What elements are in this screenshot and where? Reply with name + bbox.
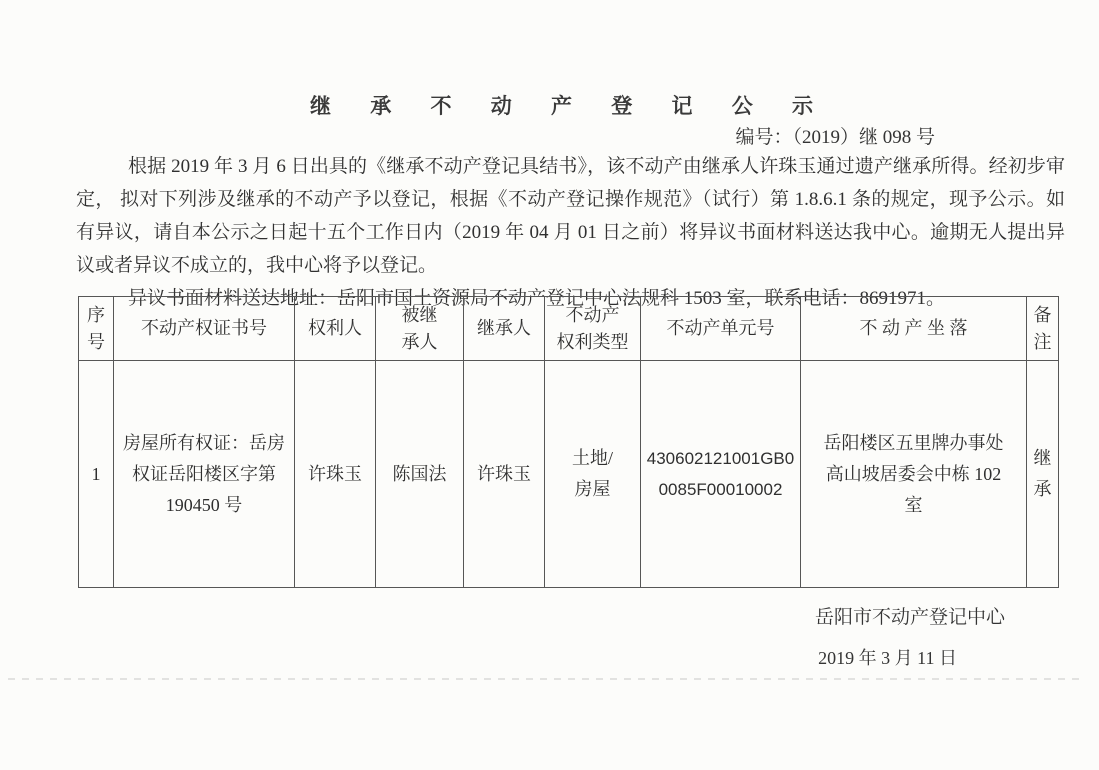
registration-table: 序 号 不动产权证书号 权利人 被继 承人 继承人 不动产 权利类型 不动产单元… (78, 296, 1059, 588)
issuing-org: 岳阳市不动产登记中心 (75, 602, 1005, 629)
header-decedent: 被继 承人 (376, 297, 464, 361)
table-row: 1 房屋所有权证：岳房 权证岳阳楼区字第 190450 号 许珠玉 陈国法 许珠… (79, 361, 1059, 588)
header-location: 不 动 产 坐 落 (801, 297, 1027, 361)
table-header-row: 序 号 不动产权证书号 权利人 被继 承人 继承人 不动产 权利类型 不动产单元… (79, 297, 1059, 361)
body-paragraph: 根据 2019 年 3 月 6 日出具的《继承不动产登记具结书》，该不动产由继承… (76, 150, 1065, 315)
header-cert-no: 不动产权证书号 (114, 297, 295, 361)
cell-decedent: 陈国法 (376, 361, 464, 588)
cell-cert-no: 房屋所有权证：岳房 权证岳阳楼区字第 190450 号 (114, 361, 295, 588)
header-remarks: 备 注 (1027, 297, 1059, 361)
paragraph-line-4: 议或者异议不成立的，我中心将予以登记。 (76, 249, 1065, 282)
header-unit-no: 不动产单元号 (641, 297, 801, 361)
cell-seq-no: 1 (79, 361, 114, 588)
paragraph-line-3: 有异议，请自本公示之日起十五个工作日内（2019 年 04 月 01 日之前）将… (76, 216, 1065, 249)
page-title: 继 承 不 动 产 登 记 公 示 (75, 90, 1065, 120)
doc-number: 编号：（2019）继 098 号 (75, 122, 935, 149)
header-right-type: 不动产 权利类型 (545, 297, 641, 361)
issue-date: 2019 年 3 月 11 日 (75, 644, 957, 670)
cell-right-type: 土地/ 房屋 (545, 361, 641, 588)
header-heir: 继承人 (464, 297, 545, 361)
cell-remarks: 继 承 (1027, 361, 1059, 588)
header-right-holder: 权利人 (295, 297, 376, 361)
paragraph-line-2: 定， 拟对下列涉及继承的不动产予以登记，根据《不动产登记操作规范》（试行）第 1… (76, 183, 1065, 216)
cell-location: 岳阳楼区五里牌办事处 高山坡居委会中栋 102 室 (801, 361, 1027, 588)
header-seq-no: 序 号 (79, 297, 114, 361)
cell-unit-no: 430602121001GB0 0085F00010002 (641, 361, 801, 588)
paragraph-line-1: 根据 2019 年 3 月 6 日出具的《继承不动产登记具结书》，该不动产由继承… (76, 150, 1065, 183)
scanned-notice-page: 继 承 不 动 产 登 记 公 示 编号：（2019）继 098 号 根据 20… (0, 0, 1099, 770)
cell-heir: 许珠玉 (464, 361, 545, 588)
scan-artifact-line (8, 678, 1083, 680)
cell-right-holder: 许珠玉 (295, 361, 376, 588)
